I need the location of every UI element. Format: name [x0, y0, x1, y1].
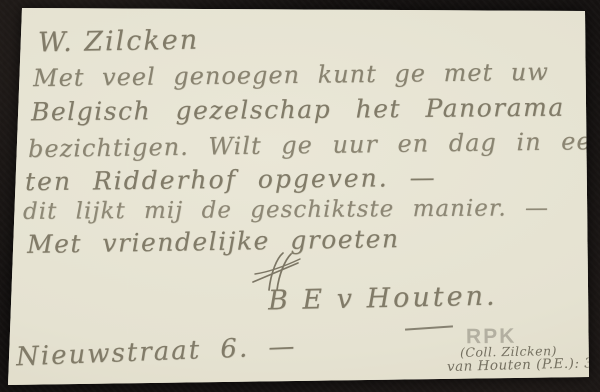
handwritten-line: bezichtigen. Wilt ge uur en dag in een: [28, 127, 600, 163]
photographed-postcard: W. Zilcken Met veel genoegen kunt ge met…: [0, 0, 600, 392]
closing-line: Met vriendelijke groeten: [27, 224, 400, 259]
handwritten-line: Belgisch gezelschap het Panorama: [31, 93, 565, 127]
signature-dash: [405, 325, 453, 330]
catalog-annotation: van Houten (P.E.): 30: [447, 355, 600, 375]
recipient-line: W. Zilcken: [38, 25, 200, 59]
address-line: Nieuwstraat 6. —: [16, 332, 297, 373]
postcard-shadow-wrap: W. Zilcken Met veel genoegen kunt ge met…: [0, 0, 600, 392]
postcard: W. Zilcken Met veel genoegen kunt ge met…: [0, 0, 600, 392]
handwritten-line: Met veel genoegen kunt ge met uw: [33, 58, 549, 92]
signature: B E v Houten.: [268, 281, 498, 317]
handwritten-line: dit lijkt mij de geschiktste manier. —: [23, 195, 549, 225]
handwritten-line: ten Ridderhof opgeven. —: [25, 163, 437, 196]
